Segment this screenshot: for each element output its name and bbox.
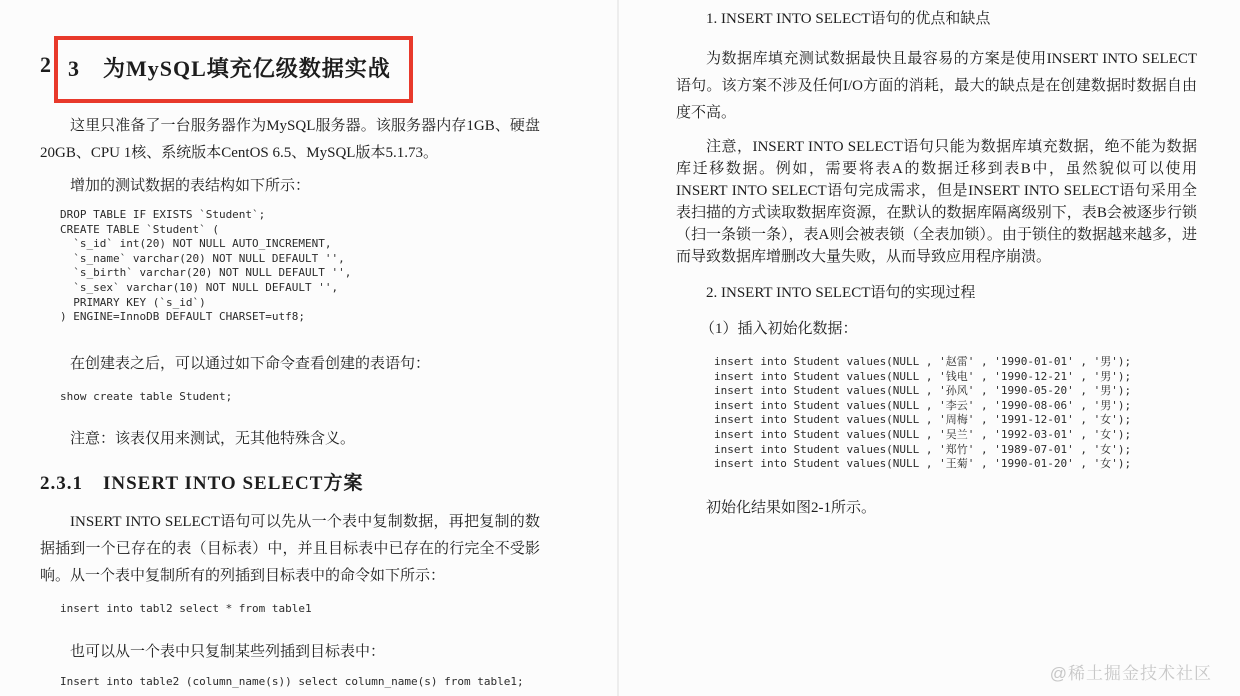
code-insert-select-some-columns: Insert into table2 (column_name(s)) sele… xyxy=(60,675,540,690)
paragraph-server-specs: 这里只准备了一台服务器作为MySQL服务器。该服务器内存1GB、硬盘20GB、C… xyxy=(40,113,540,167)
code-insert-student-rows: insert into Student values(NULL , '赵雷' ,… xyxy=(714,355,1197,472)
heading-implementation-process: 2. INSERT INTO SELECT语句的实现过程 xyxy=(676,282,1197,304)
code-create-table: DROP TABLE IF EXISTS `Student`; CREATE T… xyxy=(60,208,540,325)
code-insert-select-all-columns: insert into tabl2 select * from table1 xyxy=(60,602,540,617)
section-title-text: 3 为MySQL填充亿级数据实战 xyxy=(68,56,391,81)
paragraph-test-note: 注意：该表仅用来测试，无其他特殊含义。 xyxy=(40,426,540,453)
heading-pros-and-cons: 1. INSERT INTO SELECT语句的优点和缺点 xyxy=(676,8,1197,30)
paragraph-insert-select-description: INSERT INTO SELECT语句可以先从一个表中复制数据，再把复制的数据… xyxy=(40,509,540,590)
paragraph-fastest-method: 为数据库填充测试数据最快且最容易的方案是使用INSERT INTO SELECT… xyxy=(676,46,1197,127)
page-gutter-divider xyxy=(617,0,619,696)
paragraph-table-structure-intro: 增加的测试数据的表结构如下所示： xyxy=(40,173,540,200)
book-page-spread: 2 3 为MySQL填充亿级数据实战 这里只准备了一台服务器作为MySQL服务器… xyxy=(0,0,1240,696)
right-page: 1. INSERT INTO SELECT语句的优点和缺点 为数据库填充测试数据… xyxy=(676,0,1197,522)
paragraph-show-create-intro: 在创建表之后，可以通过如下命令查看创建的表语句： xyxy=(40,351,540,378)
paragraph-init-result-figure-ref: 初始化结果如图2-1所示。 xyxy=(676,495,1197,522)
code-show-create-table: show create table Student; xyxy=(60,390,540,405)
step-insert-initial-data: （1）插入初始化数据： xyxy=(676,318,1197,340)
paragraph-migration-caution: 注意，INSERT INTO SELECT语句只能为数据库填充数据，绝不能为数据… xyxy=(676,136,1197,268)
watermark-juejin-community: @稀土掘金技术社区 xyxy=(1050,659,1212,684)
red-highlight-box: 3 为MySQL填充亿级数据实战 xyxy=(54,36,413,103)
subsection-heading-insert-into-select: 2.3.1 INSERT INTO SELECT方案 xyxy=(40,471,540,497)
section-title: 2 3 为MySQL填充亿级数据实战 xyxy=(40,36,540,103)
paragraph-copy-some-columns: 也可以从一个表中只复制某些列插到目标表中： xyxy=(40,639,540,666)
left-page: 2 3 为MySQL填充亿级数据实战 这里只准备了一台服务器作为MySQL服务器… xyxy=(40,0,540,690)
section-number-prefix: 2 xyxy=(40,36,52,78)
